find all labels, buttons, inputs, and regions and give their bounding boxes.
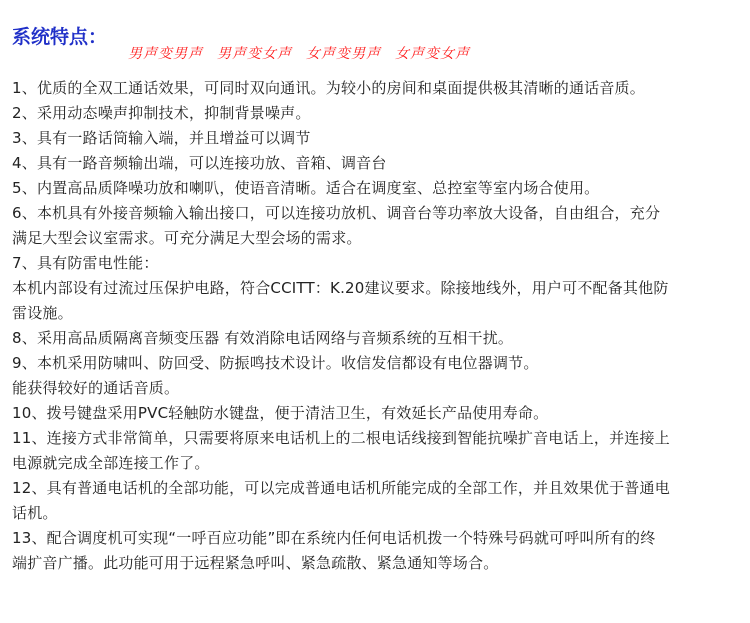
feature-line: 能获得较好的通话音质。 — [12, 376, 742, 401]
feature-line: 7、具有防雷电性能： — [12, 251, 742, 276]
feature-line: 1、优质的全双工通话效果，可同时双向通讯。为较小的房间和桌面提供极其清晰的通话音… — [12, 76, 742, 101]
mode-male-to-female: 男声变女声 — [217, 46, 292, 62]
feature-line: 本机内部设有过流过压保护电路，符合CCITT：K.20建议要求。除接地线外，用户… — [12, 276, 742, 301]
feature-line: 话机。 — [12, 501, 742, 526]
feature-list: 1、优质的全双工通话效果，可同时双向通讯。为较小的房间和桌面提供极其清晰的通话音… — [12, 76, 742, 576]
feature-line: 端扩音广播。此功能可用于远程紧急呼叫、紧急疏散、紧急通知等场合。 — [12, 551, 742, 576]
section-title: 系统特点： — [12, 22, 107, 49]
feature-line: 12、具有普通电话机的全部功能，可以完成普通电话机所能完成的全部工作，并且效果优… — [12, 476, 742, 501]
feature-line: 13、配合调度机可实现“一呼百应功能”即在系统内任何电话机拨一个特殊号码就可呼叫… — [12, 526, 742, 551]
feature-line: 3、具有一路话筒输入端，并且增益可以调节 — [12, 126, 742, 151]
feature-line: 电源就完成全部连接工作了。 — [12, 451, 742, 476]
feature-line: 满足大型会议室需求。可充分满足大型会场的需求。 — [12, 226, 742, 251]
feature-line: 9、本机采用防啸叫、防回受、防振鸣技术设计。收信发信都设有电位器调节。 — [12, 351, 742, 376]
mode-female-to-male: 女声变男声 — [306, 46, 381, 62]
feature-line: 4、具有一路音频输出端，可以连接功放、音箱、调音台 — [12, 151, 742, 176]
feature-line: 2、采用动态噪声抑制技术，抑制背景噪声。 — [12, 101, 742, 126]
feature-line: 5、内置高品质降噪功放和喇叭，使语音清晰。适合在调度室、总控室等室内场合使用。 — [12, 176, 742, 201]
mode-female-to-female: 女声变女声 — [395, 46, 470, 62]
voice-change-modes: 男声变男声男声变女声女声变男声女声变女声 — [128, 43, 484, 63]
feature-line: 6、本机具有外接音频输入输出接口，可以连接功放机、调音台等功率放大设备，自由组合… — [12, 201, 742, 226]
feature-line: 10、拨号键盘采用PVC轻触防水键盘，便于清洁卫生，有效延长产品使用寿命。 — [12, 401, 742, 426]
feature-line: 11、连接方式非常简单，只需要将原来电话机上的二根电话线接到智能抗噪扩音电话上，… — [12, 426, 742, 451]
feature-line: 雷设施。 — [12, 301, 742, 326]
feature-line: 8、采用高品质隔离音频变压器 有效消除电话网络与音频系统的互相干扰。 — [12, 326, 742, 351]
mode-male-to-male: 男声变男声 — [128, 46, 203, 62]
